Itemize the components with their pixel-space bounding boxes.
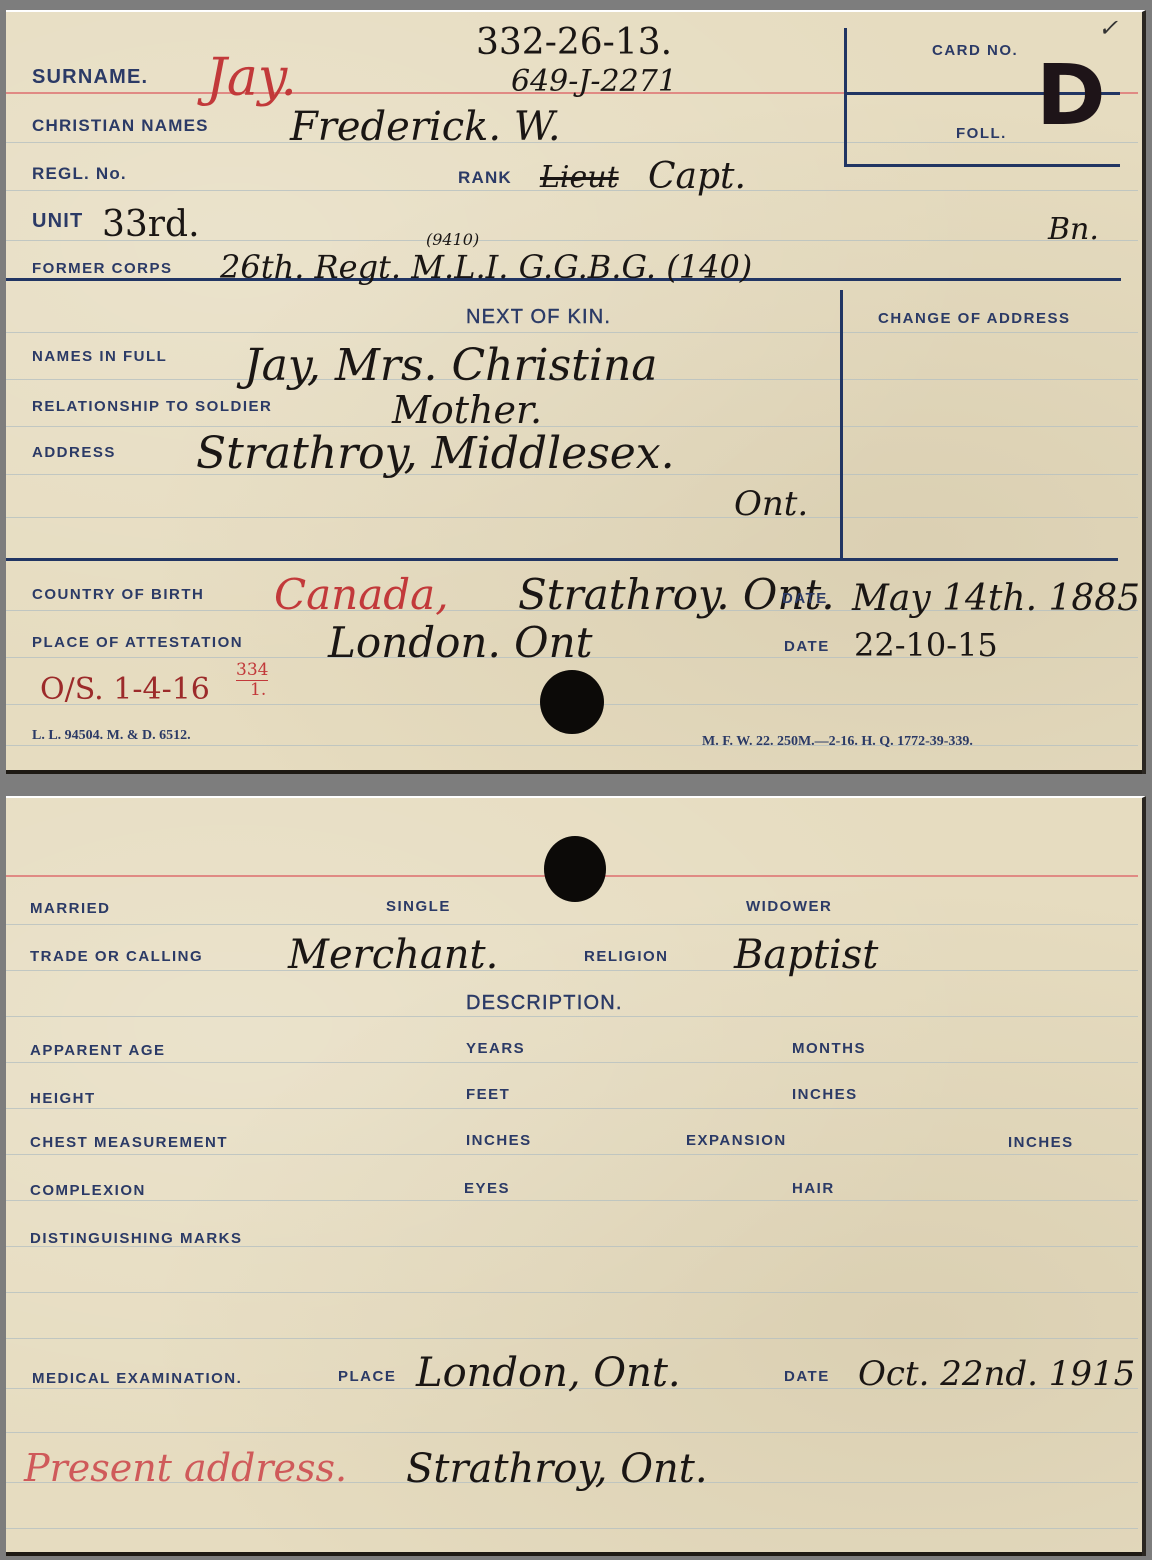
trade-label: TRADE OR CALLING bbox=[30, 948, 203, 965]
ruled-line bbox=[6, 924, 1138, 925]
place-of-attestation-value: London. Ont bbox=[328, 618, 593, 667]
widower-label: WIDOWER bbox=[746, 898, 832, 915]
next-of-kin-name: Jay, Mrs. Christina bbox=[244, 340, 658, 391]
apparent-age-label: APPARENT AGE bbox=[30, 1042, 166, 1059]
ruled-line bbox=[6, 426, 1138, 427]
change-of-address-label: CHANGE OF ADDRESS bbox=[878, 310, 1070, 327]
rank-label: RANK bbox=[458, 168, 512, 188]
ruled-line bbox=[6, 970, 1138, 971]
ruled-line bbox=[6, 1154, 1138, 1155]
unit-value: 33rd. bbox=[102, 204, 200, 245]
height-label: HEIGHT bbox=[30, 1090, 96, 1107]
birth-date-label: DATE bbox=[782, 590, 828, 607]
religion-value: Baptist bbox=[734, 932, 878, 978]
former-corps-superscript: (9410) bbox=[426, 230, 479, 249]
religion-label: RELIGION bbox=[584, 948, 669, 965]
ruled-line bbox=[6, 332, 1138, 333]
attestation-date-label: DATE bbox=[784, 638, 830, 655]
file-number-1: 332-26-13. bbox=[476, 22, 672, 63]
ruled-line bbox=[6, 1528, 1138, 1529]
ruled-line bbox=[6, 1338, 1138, 1339]
next-of-kin-divider bbox=[6, 558, 1118, 561]
medical-examination-label: MEDICAL EXAMINATION. bbox=[32, 1370, 242, 1387]
card-box-left-line bbox=[844, 28, 847, 166]
next-of-kin-heading: NEXT OF KIN. bbox=[466, 306, 611, 329]
regl-no-label: REGL. No. bbox=[32, 164, 127, 184]
check-mark-icon: ✓ bbox=[1098, 14, 1118, 42]
years-label: YEARS bbox=[466, 1040, 525, 1057]
feet-label: FEET bbox=[466, 1086, 510, 1103]
ruled-line bbox=[6, 142, 1138, 143]
height-inches-label: INCHES bbox=[792, 1086, 858, 1103]
married-label: MARRIED bbox=[30, 900, 111, 917]
punch-hole bbox=[540, 670, 604, 734]
months-label: MONTHS bbox=[792, 1040, 866, 1057]
punch-hole bbox=[544, 836, 606, 902]
ruled-line bbox=[6, 1108, 1138, 1109]
christian-names-value: Frederick. W. bbox=[290, 104, 561, 150]
present-address-value: Strathroy, Ont. bbox=[406, 1446, 708, 1492]
present-address-label: Present address. bbox=[24, 1446, 347, 1490]
medical-place-label: PLACE bbox=[338, 1368, 396, 1385]
names-in-full-label: NAMES IN FULL bbox=[32, 348, 167, 365]
expansion-label: EXPANSION bbox=[686, 1132, 787, 1149]
rank-value: Capt. bbox=[648, 156, 746, 197]
attestation-date-value: 22-10-15 bbox=[854, 626, 998, 664]
single-label: SINGLE bbox=[386, 898, 451, 915]
expansion-inches-label: INCHES bbox=[1008, 1134, 1074, 1151]
medical-date-value: Oct. 22nd. 1915 bbox=[858, 1354, 1135, 1394]
unit-label: UNIT bbox=[32, 210, 83, 233]
service-card-front: CARD NO. FOLL. D ✓ CHANGE OF ADDRESS 332… bbox=[6, 10, 1146, 774]
chest-inches-label: INCHES bbox=[466, 1132, 532, 1149]
change-address-left-line bbox=[840, 290, 843, 558]
former-corps-label: FORMER CORPS bbox=[32, 260, 173, 277]
ruled-line bbox=[6, 1200, 1138, 1201]
overseas-fraction-bottom: 1. bbox=[250, 680, 266, 700]
chest-measurement-label: CHEST MEASUREMENT bbox=[30, 1134, 228, 1151]
ruled-line bbox=[6, 1016, 1138, 1017]
surname-value: Jay. bbox=[206, 48, 297, 108]
former-corps-value: 26th. Regt. M.L.I. G.G.B.G. (140) bbox=[220, 248, 752, 286]
service-card-back: MARRIED SINGLE WIDOWER TRADE OR CALLING … bbox=[6, 796, 1146, 1556]
country-of-birth-label: COUNTRY OF BIRTH bbox=[32, 586, 204, 603]
eyes-label: EYES bbox=[464, 1180, 510, 1197]
complexion-label: COMPLEXION bbox=[30, 1182, 146, 1199]
ruled-line bbox=[6, 1292, 1138, 1293]
rank-struck-value: Lieut bbox=[540, 160, 619, 195]
country-of-birth-value: Canada, bbox=[274, 570, 449, 619]
footer-print-code-left: L. L. 94504. M. & D. 6512. bbox=[32, 728, 191, 744]
address-line-1: Strathroy, Middlesex. bbox=[196, 428, 675, 479]
footer-print-code-right: M. F. W. 22. 250M.—2-16. H. Q. 1772-39-3… bbox=[702, 734, 973, 750]
surname-label: SURNAME. bbox=[32, 66, 148, 89]
ruled-line bbox=[6, 1062, 1138, 1063]
address-label: ADDRESS bbox=[32, 444, 116, 461]
card-no-label: CARD NO. bbox=[932, 42, 1018, 59]
hair-label: HAIR bbox=[792, 1180, 835, 1197]
ruled-line bbox=[6, 1432, 1138, 1433]
overseas-note: O/S. 1-4-16 bbox=[40, 672, 210, 707]
card-letter: D bbox=[1036, 46, 1106, 144]
medical-place-value: London, Ont. bbox=[416, 1350, 681, 1396]
description-heading: DESCRIPTION. bbox=[466, 992, 623, 1015]
foll-label: FOLL. bbox=[956, 125, 1007, 142]
unit-suffix: Bn. bbox=[1048, 212, 1099, 247]
relationship-value: Mother. bbox=[392, 388, 542, 432]
file-number-2: 649-J-2271 bbox=[511, 64, 677, 99]
address-line-2: Ont. bbox=[734, 484, 808, 524]
trade-value: Merchant. bbox=[288, 932, 498, 978]
ruled-line bbox=[6, 517, 1138, 518]
overseas-fraction-top: 334 bbox=[236, 660, 268, 681]
distinguishing-marks-label: DISTINGUISHING MARKS bbox=[30, 1230, 243, 1247]
medical-date-label: DATE bbox=[784, 1368, 830, 1385]
birth-date-value: May 14th. 1885 bbox=[852, 578, 1140, 619]
christian-names-label: CHRISTIAN NAMES bbox=[32, 116, 209, 136]
relationship-label: RELATIONSHIP TO SOLDIER bbox=[32, 398, 272, 415]
place-of-attestation-label: PLACE OF ATTESTATION bbox=[32, 634, 243, 651]
card-box-bottom-line bbox=[844, 164, 1120, 167]
